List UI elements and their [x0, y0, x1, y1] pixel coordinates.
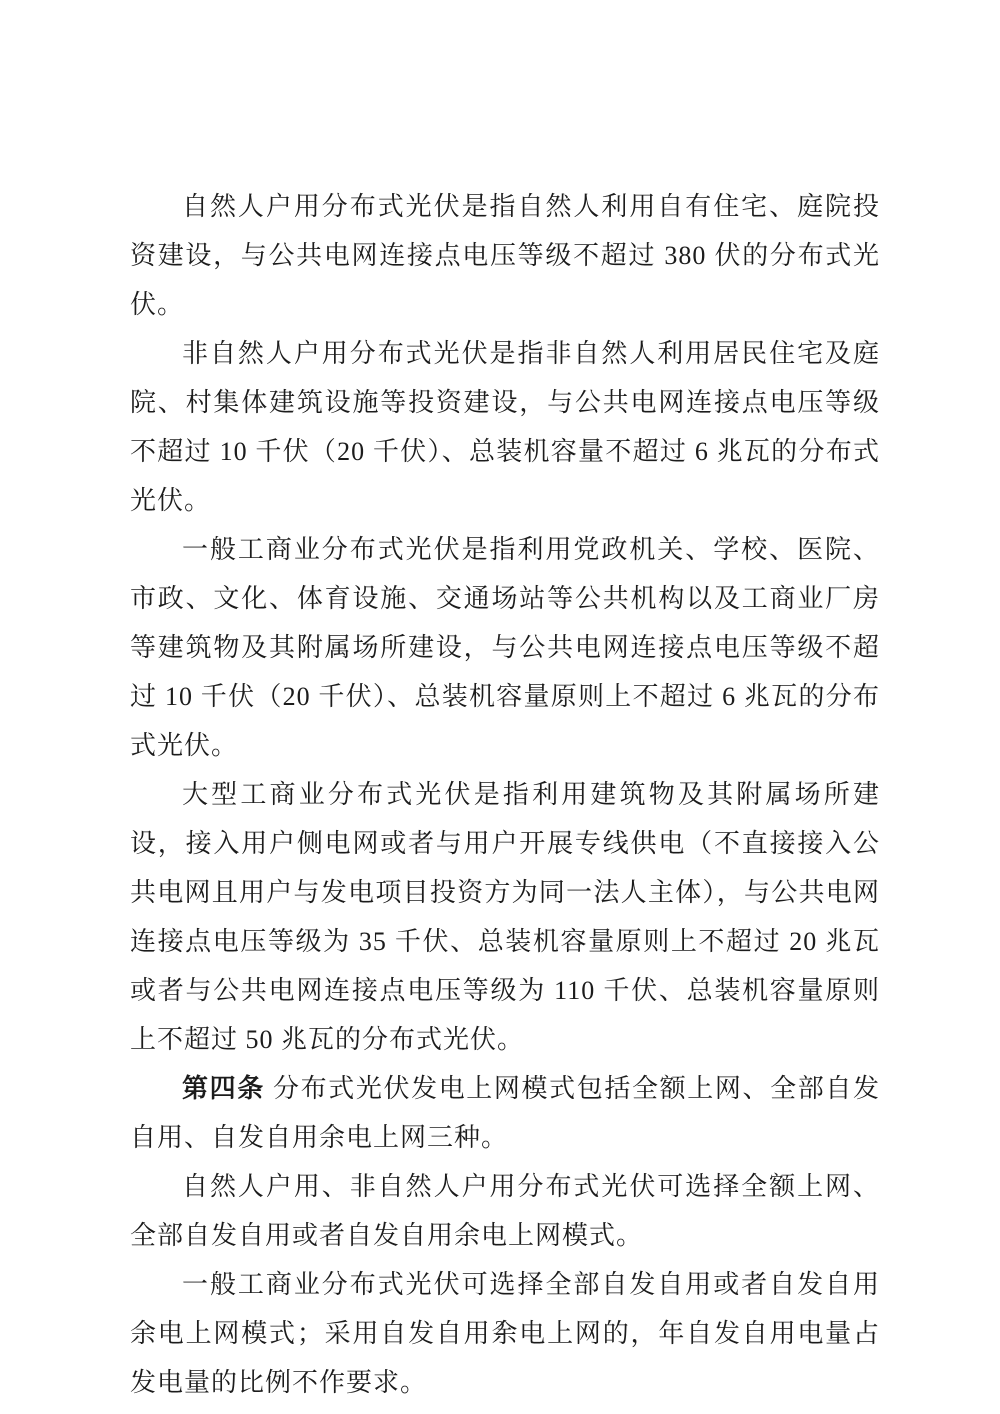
article-number: 第四条: [182, 1074, 265, 1103]
paragraph: 自然人户用、非自然人户用分布式光伏可选择全额上网、全部自发自用或者自发自用余电上…: [130, 1162, 880, 1260]
paragraph: 第四条 分布式光伏发电上网模式包括全额上网、全部自发自用、自发自用余电上网三种。: [130, 1064, 880, 1162]
document-body: 自然人户用分布式光伏是指自然人利用自有住宅、庭院投资建设，与公共电网连接点电压等…: [130, 182, 880, 1407]
paragraph: 非自然人户用分布式光伏是指非自然人利用居民住宅及庭院、村集体建筑设施等投资建设，…: [130, 329, 880, 525]
paragraph: 自然人户用分布式光伏是指自然人利用自有住宅、庭院投资建设，与公共电网连接点电压等…: [130, 182, 880, 329]
document-page: { "page": { "number": "2" }, "document":…: [0, 0, 1000, 1414]
paragraph: 大型工商业分布式光伏是指利用建筑物及其附属场所建设，接入用户侧电网或者与用户开展…: [130, 770, 880, 1064]
paragraph: 一般工商业分布式光伏是指利用党政机关、学校、医院、市政、文化、体育设施、交通场站…: [130, 525, 880, 770]
page-number: 2: [0, 1316, 1000, 1341]
